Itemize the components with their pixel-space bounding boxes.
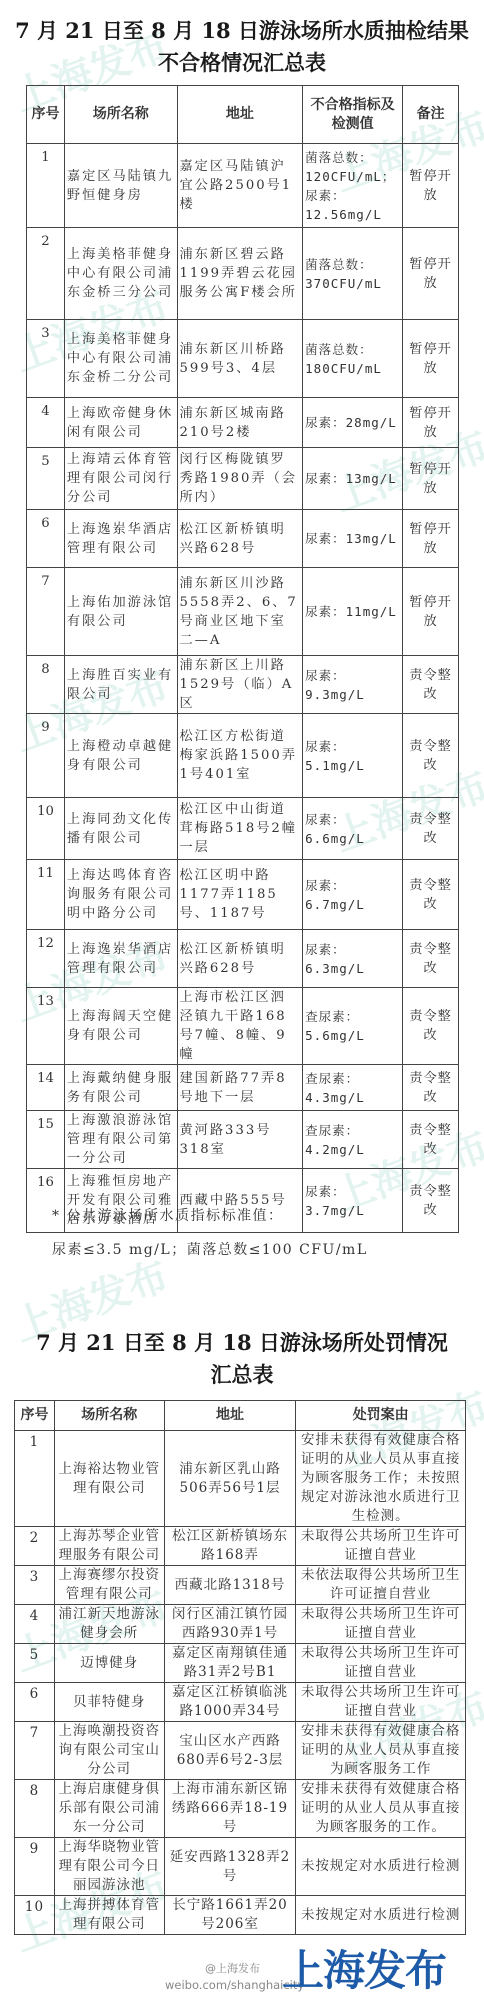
failed-indicator: 尿素：6.3mg/L: [303, 930, 403, 988]
table1-title-line1: 7 月 21 日至 8 月 18 日游泳场所水质抽检结果: [0, 18, 484, 44]
table-row: 9上海华晓物业管理有限公司今日丽园游泳池延安西路1328弄2号未按规定对水质进行…: [15, 1838, 466, 1896]
action-remark: 责令整改: [403, 930, 459, 988]
penalty-reason: 未按规定对水质进行检测: [296, 1896, 466, 1935]
failed-indicator: 菌落总数：180CFU/mL: [303, 320, 403, 398]
venue-name: 上海激浪游泳馆管理有限公司第一分公司: [64, 1111, 177, 1169]
penalty-reason: 安排未获得有效健康合格证明的从业人员从事直接为顾客服务工作: [296, 1722, 466, 1780]
venue-address: 黄河路333号318室: [177, 1111, 303, 1169]
row-number: 7: [15, 1722, 55, 1780]
failed-indicator: 尿素：3.7mg/L: [303, 1169, 403, 1233]
table-row: 5迈博健身嘉定区南翔镇佳通路31弄2号B1未取得公共场所卫生许可证擅自营业: [15, 1644, 466, 1683]
venue-address: 建国新路77弄8号地下一层: [177, 1065, 303, 1111]
table2-title-line2: 汇总表: [0, 1362, 484, 1388]
action-remark: 暂停开放: [403, 228, 459, 320]
header-address: 地址: [164, 1401, 296, 1431]
penalty-reason: 未取得公共场所卫生许可证擅自营业: [296, 1644, 466, 1683]
table-row: 1上海裕达物业管理有限公司浦东新区乳山路506弄56号1层安排未获得有效健康合格…: [15, 1431, 466, 1527]
venue-address: 松江区方松街道梅家浜路1500弄1号401室: [177, 714, 303, 798]
action-remark: 责令整改: [403, 798, 459, 860]
header-indicator: 不合格指标及检测值: [303, 86, 403, 144]
row-number: 6: [15, 1683, 55, 1722]
venue-name: 上海美格菲健身中心有限公司浦东金桥二分公司: [64, 320, 177, 398]
table-row: 5上海靖云体育管理有限公司闵行分公司闵行区梅陇镇罗秀路1980弄（会所内）尿素：…: [27, 448, 459, 510]
venue-address: 浦东新区碧云路1199弄碧云花园服务公寓F楼会所: [177, 228, 303, 320]
header-name: 场所名称: [64, 86, 177, 144]
action-remark: 暂停开放: [403, 568, 459, 656]
table-row: 9上海橙动卓越健身有限公司松江区方松街道梅家浜路1500弄1号401室尿素：5.…: [27, 714, 459, 798]
failed-indicator: 尿素：9.3mg/L: [303, 656, 403, 714]
venue-name: 上海启康健身俱乐部有限公司浦东一分公司: [54, 1780, 164, 1838]
header-name: 场所名称: [54, 1401, 164, 1431]
table-row: 11上海达鸣体育咨询服务有限公司明中路分公司松江区明中路1177弄1185号、1…: [27, 860, 459, 930]
table-row: 15上海激浪游泳馆管理有限公司第一分公司黄河路333号318室查尿素：4.2mg…: [27, 1111, 459, 1169]
row-number: 10: [15, 1896, 55, 1935]
row-number: 12: [27, 930, 65, 988]
table-row: 6上海逸岽华酒店管理有限公司松江区新桥镇明兴路628号尿素：13mg/L暂停开放: [27, 510, 459, 568]
venue-name: 上海胜百实业有限公司: [64, 656, 177, 714]
failed-indicator: 尿素：28mg/L: [303, 398, 403, 448]
action-remark: 责令整改: [403, 860, 459, 930]
row-number: 9: [15, 1838, 55, 1896]
failed-indicator: 尿素：6.6mg/L: [303, 798, 403, 860]
table-row: 2上海美格菲健身中心有限公司浦东金桥三分公司浦东新区碧云路1199弄碧云花园服务…: [27, 228, 459, 320]
table-row: 4上海欧帝健身休闲有限公司浦东新区城南路210号2楼尿素：28mg/L暂停开放: [27, 398, 459, 448]
venue-address: 浦东新区上川路1529号（临）A区: [177, 656, 303, 714]
row-number: 9: [27, 714, 65, 798]
venue-name: 嘉定区马陆镇九野恒健身房: [64, 144, 177, 228]
failed-indicator: 尿素：6.7mg/L: [303, 860, 403, 930]
venue-name: 浦江新天地游泳健身会所: [54, 1605, 164, 1644]
row-number: 13: [27, 988, 65, 1065]
failed-indicator: 查尿素：4.2mg/L: [303, 1111, 403, 1169]
penalty-reason: 安排未获得有效健康合格证明的从业人员从事直接为顾客服务的工作。: [296, 1780, 466, 1838]
venue-name: 迈博健身: [54, 1644, 164, 1683]
venue-name: 上海达鸣体育咨询服务有限公司明中路分公司: [64, 860, 177, 930]
header-no: 序号: [27, 86, 65, 144]
action-remark: 责令整改: [403, 1169, 459, 1233]
table2-title: 7 月 21 日至 8 月 18 日游泳场所处罚情况 汇总表: [0, 1330, 484, 1388]
venue-address: 延安西路1328弄2号: [164, 1838, 296, 1896]
venue-name: 上海华晓物业管理有限公司今日丽园游泳池: [54, 1838, 164, 1896]
venue-name: 上海靖云体育管理有限公司闵行分公司: [64, 448, 177, 510]
table-row: 10上海同劲文化传播有限公司松江区中山街道茸梅路518号2幢一层尿素：6.6mg…: [27, 798, 459, 860]
venue-address: 松江区新桥镇场东路168弄: [164, 1527, 296, 1566]
failed-indicator: 查尿素：4.3mg/L: [303, 1065, 403, 1111]
action-remark: 暂停开放: [403, 510, 459, 568]
venue-address: 西藏北路1318号: [164, 1566, 296, 1605]
row-number: 7: [27, 568, 65, 656]
table1-title: 7 月 21 日至 8 月 18 日游泳场所水质抽检结果 不合格情况汇总表: [0, 18, 484, 76]
row-number: 5: [15, 1644, 55, 1683]
row-number: 11: [27, 860, 65, 930]
row-number: 5: [27, 448, 65, 510]
table1-title-line2: 不合格情况汇总表: [0, 50, 484, 76]
action-remark: 暂停开放: [403, 320, 459, 398]
row-number: 15: [27, 1111, 65, 1169]
table-row: 6贝菲特健身嘉定区江桥镇临洮路1000弄34号未取得公共场所卫生许可证擅自营业: [15, 1683, 466, 1722]
penalty-table: 序号 场所名称 地址 处罚案由 1上海裕达物业管理有限公司浦东新区乳山路506弄…: [14, 1400, 466, 1935]
venue-address: 上海市松江区泗泾镇九干路168号7幢、8幢、9幢: [177, 988, 303, 1065]
table-row: 3上海赛缪尔投资管理有限公司西藏北路1318号未依法取得公共场所卫生许可证擅自营…: [15, 1566, 466, 1605]
venue-name: 上海裕达物业管理有限公司: [54, 1431, 164, 1527]
venue-name: 上海逸岽华酒店管理有限公司: [64, 510, 177, 568]
table2-title-line1: 7 月 21 日至 8 月 18 日游泳场所处罚情况: [0, 1330, 484, 1356]
venue-address: 闵行区梅陇镇罗秀路1980弄（会所内）: [177, 448, 303, 510]
standard-note-line1: * 公共游泳场所水质指标标准值：: [52, 1205, 283, 1225]
row-number: 8: [27, 656, 65, 714]
venue-address: 松江区新桥镇明兴路628号: [177, 930, 303, 988]
venue-name: 上海唤潮投资咨询有限公司宝山分公司: [54, 1722, 164, 1780]
table-row: 7上海佑加游泳馆有限公司浦东新区川沙路5558弄2、6、7号商业区地下室二—A尿…: [27, 568, 459, 656]
row-number: 14: [27, 1065, 65, 1111]
action-remark: 责令整改: [403, 1111, 459, 1169]
venue-name: 上海橙动卓越健身有限公司: [64, 714, 177, 798]
failed-indicator: 尿素：5.1mg/L: [303, 714, 403, 798]
table-row: 8上海启康健身俱乐部有限公司浦东一分公司上海市浦东新区锦绣路666弄18-19号…: [15, 1780, 466, 1838]
weibo-handle: @上海发布: [205, 1960, 260, 1976]
venue-address: 浦东新区乳山路506弄56号1层: [164, 1431, 296, 1527]
shanghai-release-logo: 上海发布: [282, 1938, 446, 1998]
action-remark: 责令整改: [403, 1065, 459, 1111]
venue-address: 嘉定区马陆镇沪宜公路2500号1楼: [177, 144, 303, 228]
venue-name: 贝菲特健身: [54, 1683, 164, 1722]
penalty-reason: 安排未获得有效健康合格证明的从业人员从事直接为顾客服务工作；未按照规定对游泳池水…: [296, 1431, 466, 1527]
action-remark: 责令整改: [403, 656, 459, 714]
venue-name: 上海佑加游泳馆有限公司: [64, 568, 177, 656]
venue-name: 上海戴纳健身服务有限公司: [64, 1065, 177, 1111]
venue-name: 上海苏琴企业管理服务有限公司: [54, 1527, 164, 1566]
row-number: 3: [27, 320, 65, 398]
standard-note-line2: 尿素≤3.5 mg/L；菌落总数≤100 CFU/mL: [52, 1239, 368, 1259]
penalty-reason: 未取得公共场所卫生许可证擅自营业: [296, 1527, 466, 1566]
action-remark: 暂停开放: [403, 448, 459, 510]
venue-name: 上海赛缪尔投资管理有限公司: [54, 1566, 164, 1605]
penalty-reason: 未取得公共场所卫生许可证擅自营业: [296, 1683, 466, 1722]
action-remark: 暂停开放: [403, 398, 459, 448]
table-row: 4浦江新天地游泳健身会所闵行区浦江镇竹园西路930弄1号未取得公共场所卫生许可证…: [15, 1605, 466, 1644]
row-number: 4: [27, 398, 65, 448]
penalty-reason: 未取得公共场所卫生许可证擅自营业: [296, 1605, 466, 1644]
failed-indicator: 菌落总数：120CFU/mL；尿素：12.56mg/L: [303, 144, 403, 228]
failed-indicator: 尿素：13mg/L: [303, 510, 403, 568]
row-number: 10: [27, 798, 65, 860]
venue-address: 松江区明中路1177弄1185号、1187号: [177, 860, 303, 930]
row-number: 2: [27, 228, 65, 320]
venue-name: 上海拼搏体育管理有限公司: [54, 1896, 164, 1935]
header-remark: 备注: [403, 86, 459, 144]
venue-address: 嘉定区江桥镇临洮路1000弄34号: [164, 1683, 296, 1722]
header-reason: 处罚案由: [296, 1401, 466, 1431]
venue-address: 闵行区浦江镇竹园西路930弄1号: [164, 1605, 296, 1644]
penalty-reason: 未按规定对水质进行检测: [296, 1838, 466, 1896]
row-number: 1: [15, 1431, 55, 1527]
venue-address: 松江区中山街道茸梅路518号2幢一层: [177, 798, 303, 860]
failed-indicator: 尿素：11mg/L: [303, 568, 403, 656]
row-number: 3: [15, 1566, 55, 1605]
row-number: 6: [27, 510, 65, 568]
venue-name: 上海同劲文化传播有限公司: [64, 798, 177, 860]
venue-name: 上海美格菲健身中心有限公司浦东金桥三分公司: [64, 228, 177, 320]
row-number: 2: [15, 1527, 55, 1566]
table-row: 7上海唤潮投资咨询有限公司宝山分公司宝山区水产西路680弄6号2-3层安排未获得…: [15, 1722, 466, 1780]
table-row: 8上海胜百实业有限公司浦东新区上川路1529号（临）A区尿素：9.3mg/L责令…: [27, 656, 459, 714]
table-row: 1嘉定区马陆镇九野恒健身房嘉定区马陆镇沪宜公路2500号1楼菌落总数：120CF…: [27, 144, 459, 228]
venue-address: 上海市浦东新区锦绣路666弄18-19号: [164, 1780, 296, 1838]
failed-indicator: 尿素：13mg/L: [303, 448, 403, 510]
venue-name: 上海逸岽华酒店管理有限公司: [64, 930, 177, 988]
penalty-reason: 未依法取得公共场所卫生许可证擅自营业: [296, 1566, 466, 1605]
venue-address: 嘉定区南翔镇佳通路31弄2号B1: [164, 1644, 296, 1683]
table-row: 2上海苏琴企业管理服务有限公司松江区新桥镇场东路168弄未取得公共场所卫生许可证…: [15, 1527, 466, 1566]
venue-address: 长宁路1661弄20号206室: [164, 1896, 296, 1935]
row-number: 8: [15, 1780, 55, 1838]
header-no: 序号: [15, 1401, 55, 1431]
table-row: 3上海美格菲健身中心有限公司浦东金桥二分公司浦东新区川桥路599号3、4层菌落总…: [27, 320, 459, 398]
venue-address: 浦东新区川沙路5558弄2、6、7号商业区地下室二—A: [177, 568, 303, 656]
table-row: 12上海逸岽华酒店管理有限公司松江区新桥镇明兴路628号尿素：6.3mg/L责令…: [27, 930, 459, 988]
table-row: 10上海拼搏体育管理有限公司长宁路1661弄20号206室未按规定对水质进行检测: [15, 1896, 466, 1935]
venue-address: 宝山区水产西路680弄6号2-3层: [164, 1722, 296, 1780]
venue-address: 浦东新区川桥路599号3、4层: [177, 320, 303, 398]
header-address: 地址: [177, 86, 303, 144]
row-number: 1: [27, 144, 65, 228]
water-quality-table: 序号 场所名称 地址 不合格指标及检测值 备注 1嘉定区马陆镇九野恒健身房嘉定区…: [26, 85, 459, 1233]
venue-address: 松江区新桥镇明兴路628号: [177, 510, 303, 568]
failed-indicator: 菌落总数：370CFU/mL: [303, 228, 403, 320]
row-number: 4: [15, 1605, 55, 1644]
action-remark: 暂停开放: [403, 144, 459, 228]
action-remark: 责令整改: [403, 988, 459, 1065]
table-row: 14上海戴纳健身服务有限公司建国新路77弄8号地下一层查尿素：4.3mg/L责令…: [27, 1065, 459, 1111]
venue-name: 上海欧帝健身休闲有限公司: [64, 398, 177, 448]
table-row: 13上海海阔天空健身有限公司上海市松江区泗泾镇九干路168号7幢、8幢、9幢查尿…: [27, 988, 459, 1065]
venue-address: 浦东新区城南路210号2楼: [177, 398, 303, 448]
failed-indicator: 查尿素：5.6mg/L: [303, 988, 403, 1065]
venue-name: 上海海阔天空健身有限公司: [64, 988, 177, 1065]
action-remark: 责令整改: [403, 714, 459, 798]
